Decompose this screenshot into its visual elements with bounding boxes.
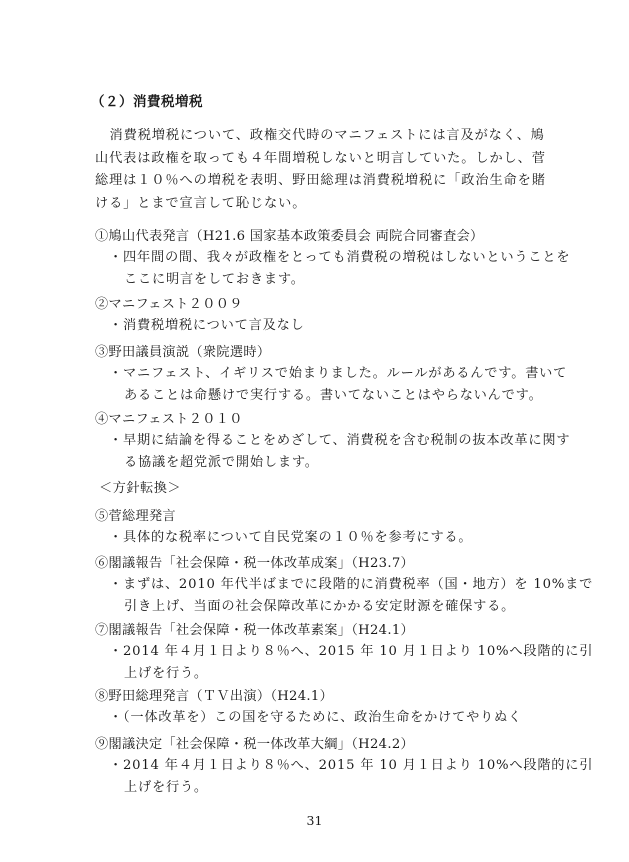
statement-item-4: ④マニフェスト２０１０ ・早期に結論を得ることをめざして、消費税を含む税制の抜本… bbox=[95, 409, 550, 473]
item-title: ③野田議員演説（衆院選時） bbox=[95, 342, 550, 363]
statement-item-2: ②マニフェスト２００９ ・消費税増税について言及なし bbox=[95, 294, 550, 337]
item-line: ・早期に結論を得ることをめざして、消費税を含む税制の抜本改革に関す bbox=[109, 430, 550, 452]
statement-item-7: ⑦閣議報告「社会保障・税一体改革素案」（H24.1） ・2014 年４月１日より… bbox=[95, 620, 550, 684]
page-number: 31 bbox=[0, 813, 629, 828]
document-page: （２）消費税増税 消費税増税について、政権交代時のマニフェストには言及がなく、鳩… bbox=[0, 0, 629, 862]
item-line: ・具体的な税率について自民党案の１０％を参考にする。 bbox=[109, 527, 550, 549]
item-line: ・消費税増税について言及なし bbox=[109, 315, 550, 337]
item-title: ④マニフェスト２０１０ bbox=[95, 409, 550, 430]
section-heading: （２）消費税増税 bbox=[91, 90, 203, 110]
item-line: ・四年間の間、我々が政権をとっても消費税の増税はしないということを bbox=[109, 247, 550, 269]
item-line: ・2014 年４月１日より８％へ、2015 年 10 月１日より 10%へ段階的… bbox=[109, 755, 550, 777]
item-line: あることは命懸けで実行する。書いてないことはやらないんです。 bbox=[109, 385, 550, 407]
policy-change-label: ＜方針転換＞ bbox=[99, 477, 181, 496]
item-title: ②マニフェスト２００９ bbox=[95, 294, 550, 315]
item-line: ここに明言をしておきます。 bbox=[109, 269, 550, 291]
statement-item-6: ⑥閣議報告「社会保障・税一体改革成案」（H23.7） ・まずは、2010 年代半… bbox=[95, 553, 550, 617]
item-title: ⑦閣議報告「社会保障・税一体改革素案」（H24.1） bbox=[95, 620, 550, 641]
statement-item-1: ①鳩山代表発言（H21.6 国家基本政策委員会 両院合同審査会） ・四年間の間、… bbox=[95, 226, 550, 290]
item-line: 上げを行う。 bbox=[109, 777, 550, 799]
statement-item-5: ⑤菅総理発言 ・具体的な税率について自民党案の１０％を参考にする。 bbox=[95, 506, 550, 549]
item-line: ・まずは、2010 年代半ばまでに段階的に消費税率（国・地方）を 10%まで bbox=[109, 574, 550, 596]
item-line: 上げを行う。 bbox=[109, 663, 550, 685]
statement-item-8: ⑧野田総理発言（ＴＶ出演）（H24.1） ・（一体改革を）この国を守るために、政… bbox=[95, 686, 550, 729]
item-line: ・（一体改革を）この国を守るために、政治生命をかけてやりぬく bbox=[109, 707, 550, 729]
item-title: ⑤菅総理発言 bbox=[95, 506, 550, 527]
item-line: ・2014 年４月１日より８％へ、2015 年 10 月１日より 10%へ段階的… bbox=[109, 641, 550, 663]
statement-item-3: ③野田議員演説（衆院選時） ・マニフェスト、イギリスで始まりました。ルールがある… bbox=[95, 342, 550, 406]
item-title: ⑨閣議決定「社会保障・税一体改革大綱」（H24.2） bbox=[95, 734, 550, 755]
statement-item-9: ⑨閣議決定「社会保障・税一体改革大綱」（H24.2） ・2014 年４月１日より… bbox=[95, 734, 550, 798]
item-line: る協議を超党派で開始します。 bbox=[109, 452, 550, 474]
item-title: ⑥閣議報告「社会保障・税一体改革成案」（H23.7） bbox=[95, 553, 550, 574]
item-line: ・マニフェスト、イギリスで始まりました。ルールがあるんです。書いて bbox=[109, 363, 550, 385]
intro-paragraph: 消費税増税について、政権交代時のマニフェストには言及がなく、鳩山代表は政権を取っ… bbox=[95, 125, 547, 215]
item-title: ⑧野田総理発言（ＴＶ出演）（H24.1） bbox=[95, 686, 550, 707]
item-title: ①鳩山代表発言（H21.6 国家基本政策委員会 両院合同審査会） bbox=[95, 226, 550, 247]
item-line: 引き上げ、当面の社会保障改革にかかる安定財源を確保する。 bbox=[109, 596, 550, 618]
